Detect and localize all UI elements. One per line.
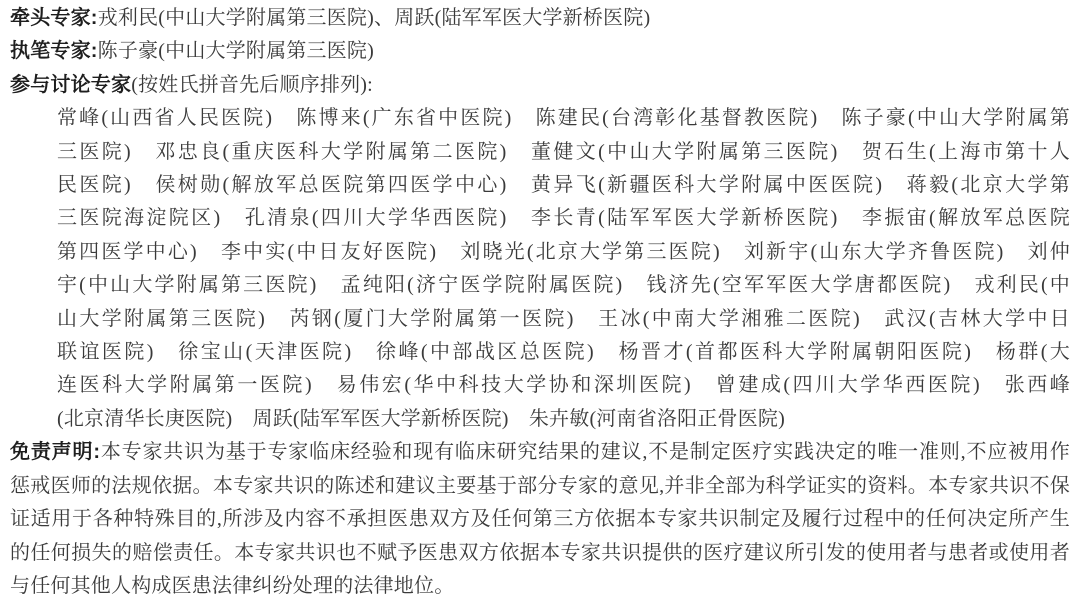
expert-list-line: 第四医学中心) 李中实(中日友好医院) 刘晓光(北京大学第三医院) 刘新宇(山东… [57, 236, 1070, 269]
writing-expert-line: 执笔专家:陈子豪(中山大学附属第三医院) [10, 35, 1070, 68]
disclaimer-line: 免责声明:本专家共识为基于专家临床经验和现有临床研究结果的建议,不是制定医疗实践… [10, 436, 1070, 469]
expert-list-line: 宇(中山大学附属第三医院) 孟纯阳(济宁医学院附属医院) 钱济先(空军军医大学唐… [57, 269, 1070, 302]
writing-expert-label: 执笔专家: [10, 40, 98, 62]
discussion-experts-note: (按姓氏拼音先后顺序排列): [131, 74, 373, 96]
disclaimer-line: 证适用于各种特殊目的,所涉及内容不承担医患双方及任何第三方依据本专家共识制定及履… [10, 503, 1070, 536]
disclaimer-line: 与任何其他人构成医患法律纠纷处理的法律地位。 [10, 570, 1070, 603]
document-page: 牵头专家:戎利民(中山大学附属第三医院)、周跃(陆军军医大学新桥医院) 执笔专家… [0, 0, 1080, 603]
lead-experts-label: 牵头专家: [10, 7, 98, 29]
disclaimer-label: 免责声明: [10, 441, 100, 463]
discussion-experts-header: 参与讨论专家(按姓氏拼音先后顺序排列): [10, 69, 1070, 102]
disclaimer-section: 免责声明:本专家共识为基于专家临床经验和现有临床研究结果的建议,不是制定医疗实践… [10, 436, 1070, 603]
discussion-experts-label: 参与讨论专家 [10, 74, 131, 96]
expert-list: 常峰(山西省人民医院) 陈博来(广东省中医院) 陈建民(台湾彰化基督教医院) 陈… [57, 102, 1070, 436]
expert-list-line: (北京清华长庚医院) 周跃(陆军军医大学新桥医院) 朱卉敏(河南省洛阳正骨医院) [57, 403, 1070, 436]
expert-list-line: 三医院海淀院区) 孔清泉(四川大学华西医院) 李长青(陆军军医大学新桥医院) 李… [57, 202, 1070, 235]
expert-list-line: 连医科大学附属第一医院) 易伟宏(华中科技大学协和深圳医院) 曾建成(四川大学华… [57, 369, 1070, 402]
expert-list-line: 山大学附属第三医院) 芮钢(厦门大学附属第一医院) 王冰(中南大学湘雅二医院) … [57, 303, 1070, 336]
disclaimer-text: 本专家共识为基于专家临床经验和现有临床研究结果的建议,不是制定医疗实践决定的唯一… [100, 441, 1070, 463]
expert-list-line: 三医院) 邓忠良(重庆医科大学附属第二医院) 董健文(中山大学附属第三医院) 贺… [57, 136, 1070, 169]
writing-expert-text: 陈子豪(中山大学附属第三医院) [98, 40, 374, 62]
disclaimer-line: 惩戒医师的法规依据。本专家共识的陈述和建议主要基于部分专家的意见,并非全部为科学… [10, 470, 1070, 503]
lead-experts-line: 牵头专家:戎利民(中山大学附属第三医院)、周跃(陆军军医大学新桥医院) [10, 2, 1070, 35]
expert-list-line: 联谊医院) 徐宝山(天津医院) 徐峰(中部战区总医院) 杨晋才(首都医科大学附属… [57, 336, 1070, 369]
expert-list-line: 民医院) 侯树勋(解放军总医院第四医学中心) 黄异飞(新疆医科大学附属中医医院)… [57, 169, 1070, 202]
expert-list-line: 常峰(山西省人民医院) 陈博来(广东省中医院) 陈建民(台湾彰化基督教医院) 陈… [57, 102, 1070, 135]
lead-experts-text: 戎利民(中山大学附属第三医院)、周跃(陆军军医大学新桥医院) [98, 7, 651, 29]
disclaimer-line: 的任何损失的赔偿责任。本专家共识也不赋予医患双方依据本专家共识提供的医疗建议所引… [10, 537, 1070, 570]
